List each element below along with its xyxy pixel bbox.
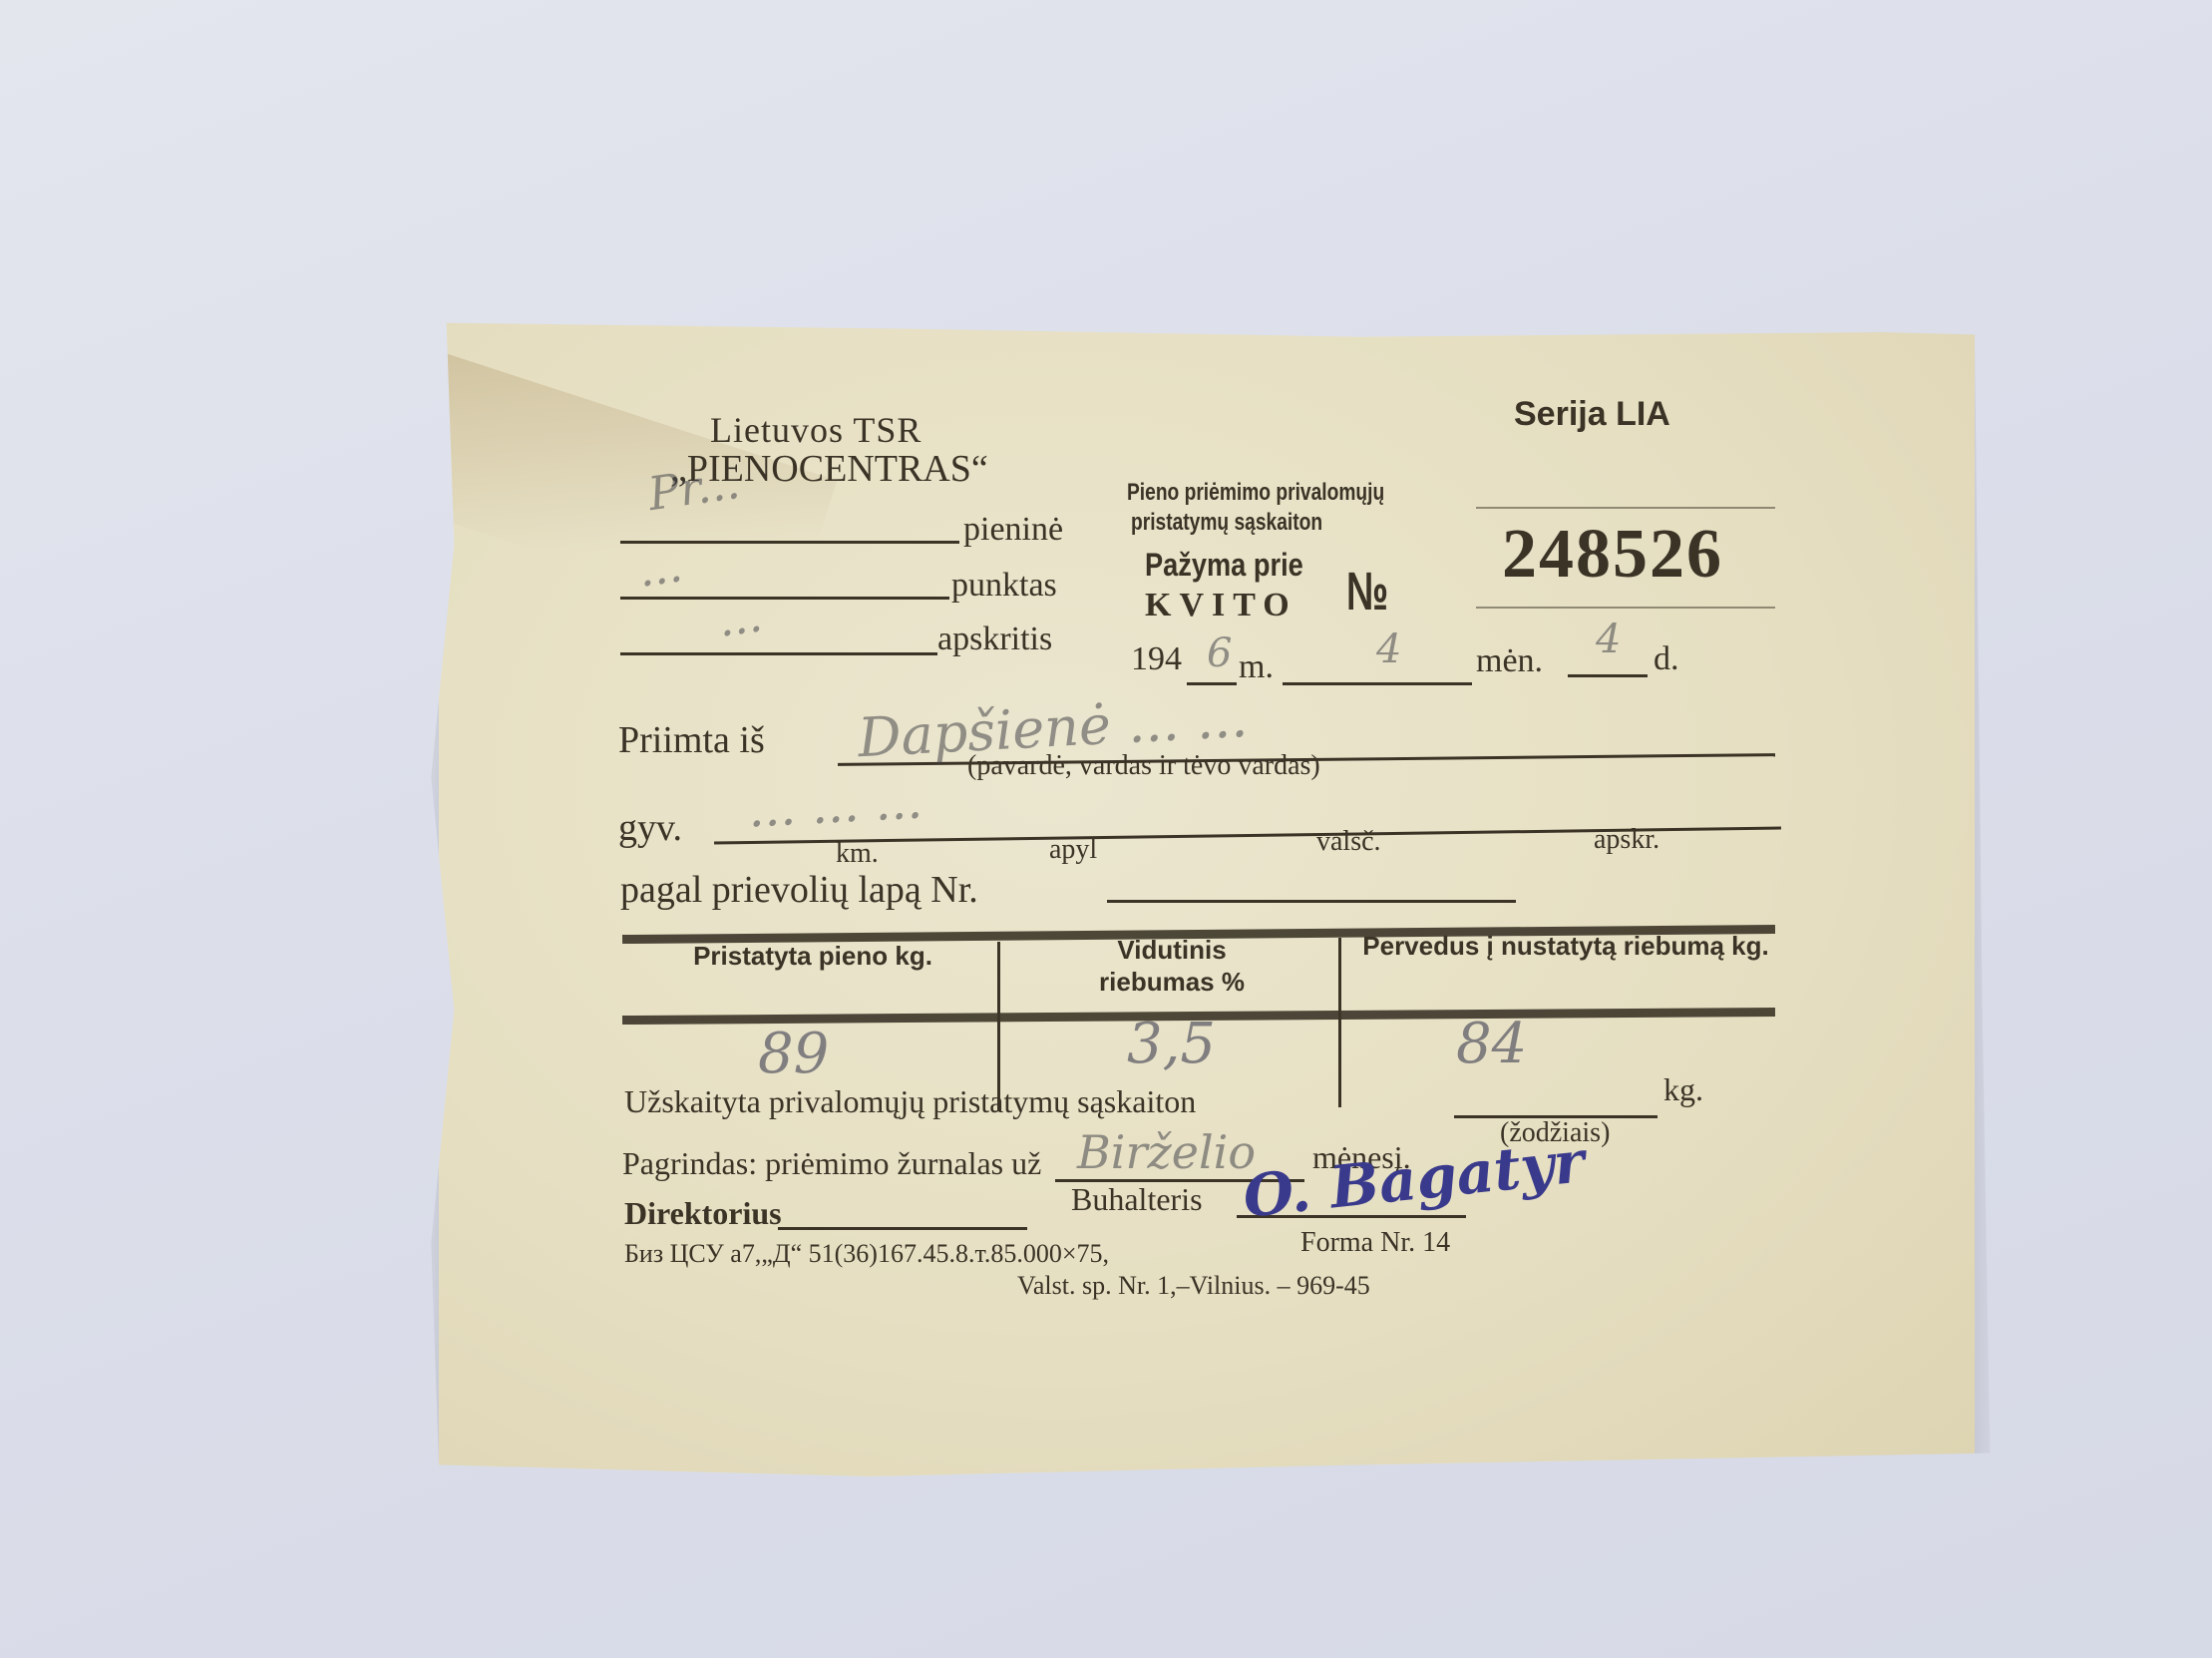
- district-line: [620, 652, 937, 655]
- number-dash-top: [1476, 507, 1775, 509]
- accountant-label: Buhalteris: [1071, 1181, 1203, 1218]
- title-line-2: KVITO: [1145, 587, 1297, 624]
- basis-label: Pagrindas: priėmimo žurnalas už: [622, 1145, 1041, 1182]
- receipt-number: 248526: [1502, 515, 1723, 595]
- table-header-converted: Pervedus į nustatytą riebumą kg.: [1356, 930, 1775, 962]
- table-header-delivered: Pristatyta pieno kg.: [638, 940, 987, 972]
- subtitle-line-1: Pieno priėmimo privalomųjų: [1127, 479, 1384, 507]
- year-prefix: 194: [1131, 640, 1182, 678]
- residence-parish-label: valsč.: [1316, 826, 1381, 858]
- district-handwritten: ...: [714, 588, 765, 647]
- director-label: Direktorius: [624, 1195, 782, 1232]
- residence-county-label: apskr.: [1594, 824, 1659, 856]
- year-handwritten: 6: [1207, 630, 1232, 676]
- point-line: [620, 597, 949, 600]
- month-line: [1283, 682, 1472, 685]
- obligation-line: [1107, 900, 1516, 903]
- table-header-fat: Vidutinis riebumas %: [1017, 934, 1326, 998]
- residence-handwritten: ... ... ...: [747, 771, 924, 838]
- director-signature-line: [778, 1227, 1027, 1230]
- credited-unit: kg.: [1663, 1071, 1703, 1108]
- basis-handwritten: Birželio: [1077, 1125, 1256, 1179]
- title-line-1: Pažyma prie: [1145, 547, 1303, 584]
- received-from-label: Priimta iš: [618, 718, 765, 762]
- table-value-converted: 84: [1456, 1012, 1527, 1076]
- footer-print-info: Биз ЦСУ а7,„Д“ 51(36)167.45.8.т.85.000×7…: [624, 1239, 1109, 1269]
- obligation-label: pagal prievolių lapą Nr.: [620, 868, 978, 912]
- residence-label: gyv.: [618, 806, 682, 850]
- table-value-fat: 3,5: [1127, 1012, 1216, 1076]
- day-line: [1568, 674, 1648, 677]
- dairy-label: pieninė: [963, 511, 1063, 549]
- credited-label: Užskaityta privalomųjų pristatymų sąskai…: [624, 1083, 1196, 1120]
- residence-area-label: apyl: [1049, 834, 1097, 866]
- day-handwritten: 4: [1596, 617, 1621, 662]
- month-handwritten: 4: [1376, 626, 1401, 672]
- year-line: [1187, 682, 1237, 685]
- number-dash-bottom: [1476, 607, 1775, 609]
- series-label: Serija LIA: [1514, 395, 1670, 434]
- org-line-1: Lietuvos TSR: [710, 409, 922, 451]
- table-value-delivered: 89: [758, 1022, 829, 1086]
- point-label: punktas: [951, 567, 1057, 605]
- subtitle-line-2: pristatymų sąskaiton: [1131, 509, 1322, 537]
- point-handwritten: ...: [634, 538, 685, 598]
- number-sign: №: [1346, 561, 1388, 622]
- footer-printer: Valst. sp. Nr. 1,–Vilnius. – 969-45: [1017, 1271, 1370, 1301]
- paper-stain: [390, 351, 838, 632]
- receipt-paper: Lietuvos TSR „PIENOCENTRAS“ Serija LIA P…: [439, 311, 1975, 1476]
- table-divider-2: [1338, 938, 1341, 1107]
- year-label: m.: [1239, 648, 1274, 686]
- residence-village-label: km.: [836, 838, 879, 870]
- received-from-hint: (pavardė, vardas ir tėvo vardas): [967, 750, 1320, 782]
- day-label: d.: [1654, 640, 1679, 678]
- month-label: mėn.: [1476, 642, 1543, 680]
- footer-form-number: Forma Nr. 14: [1300, 1227, 1450, 1259]
- district-label: apskritis: [937, 621, 1052, 658]
